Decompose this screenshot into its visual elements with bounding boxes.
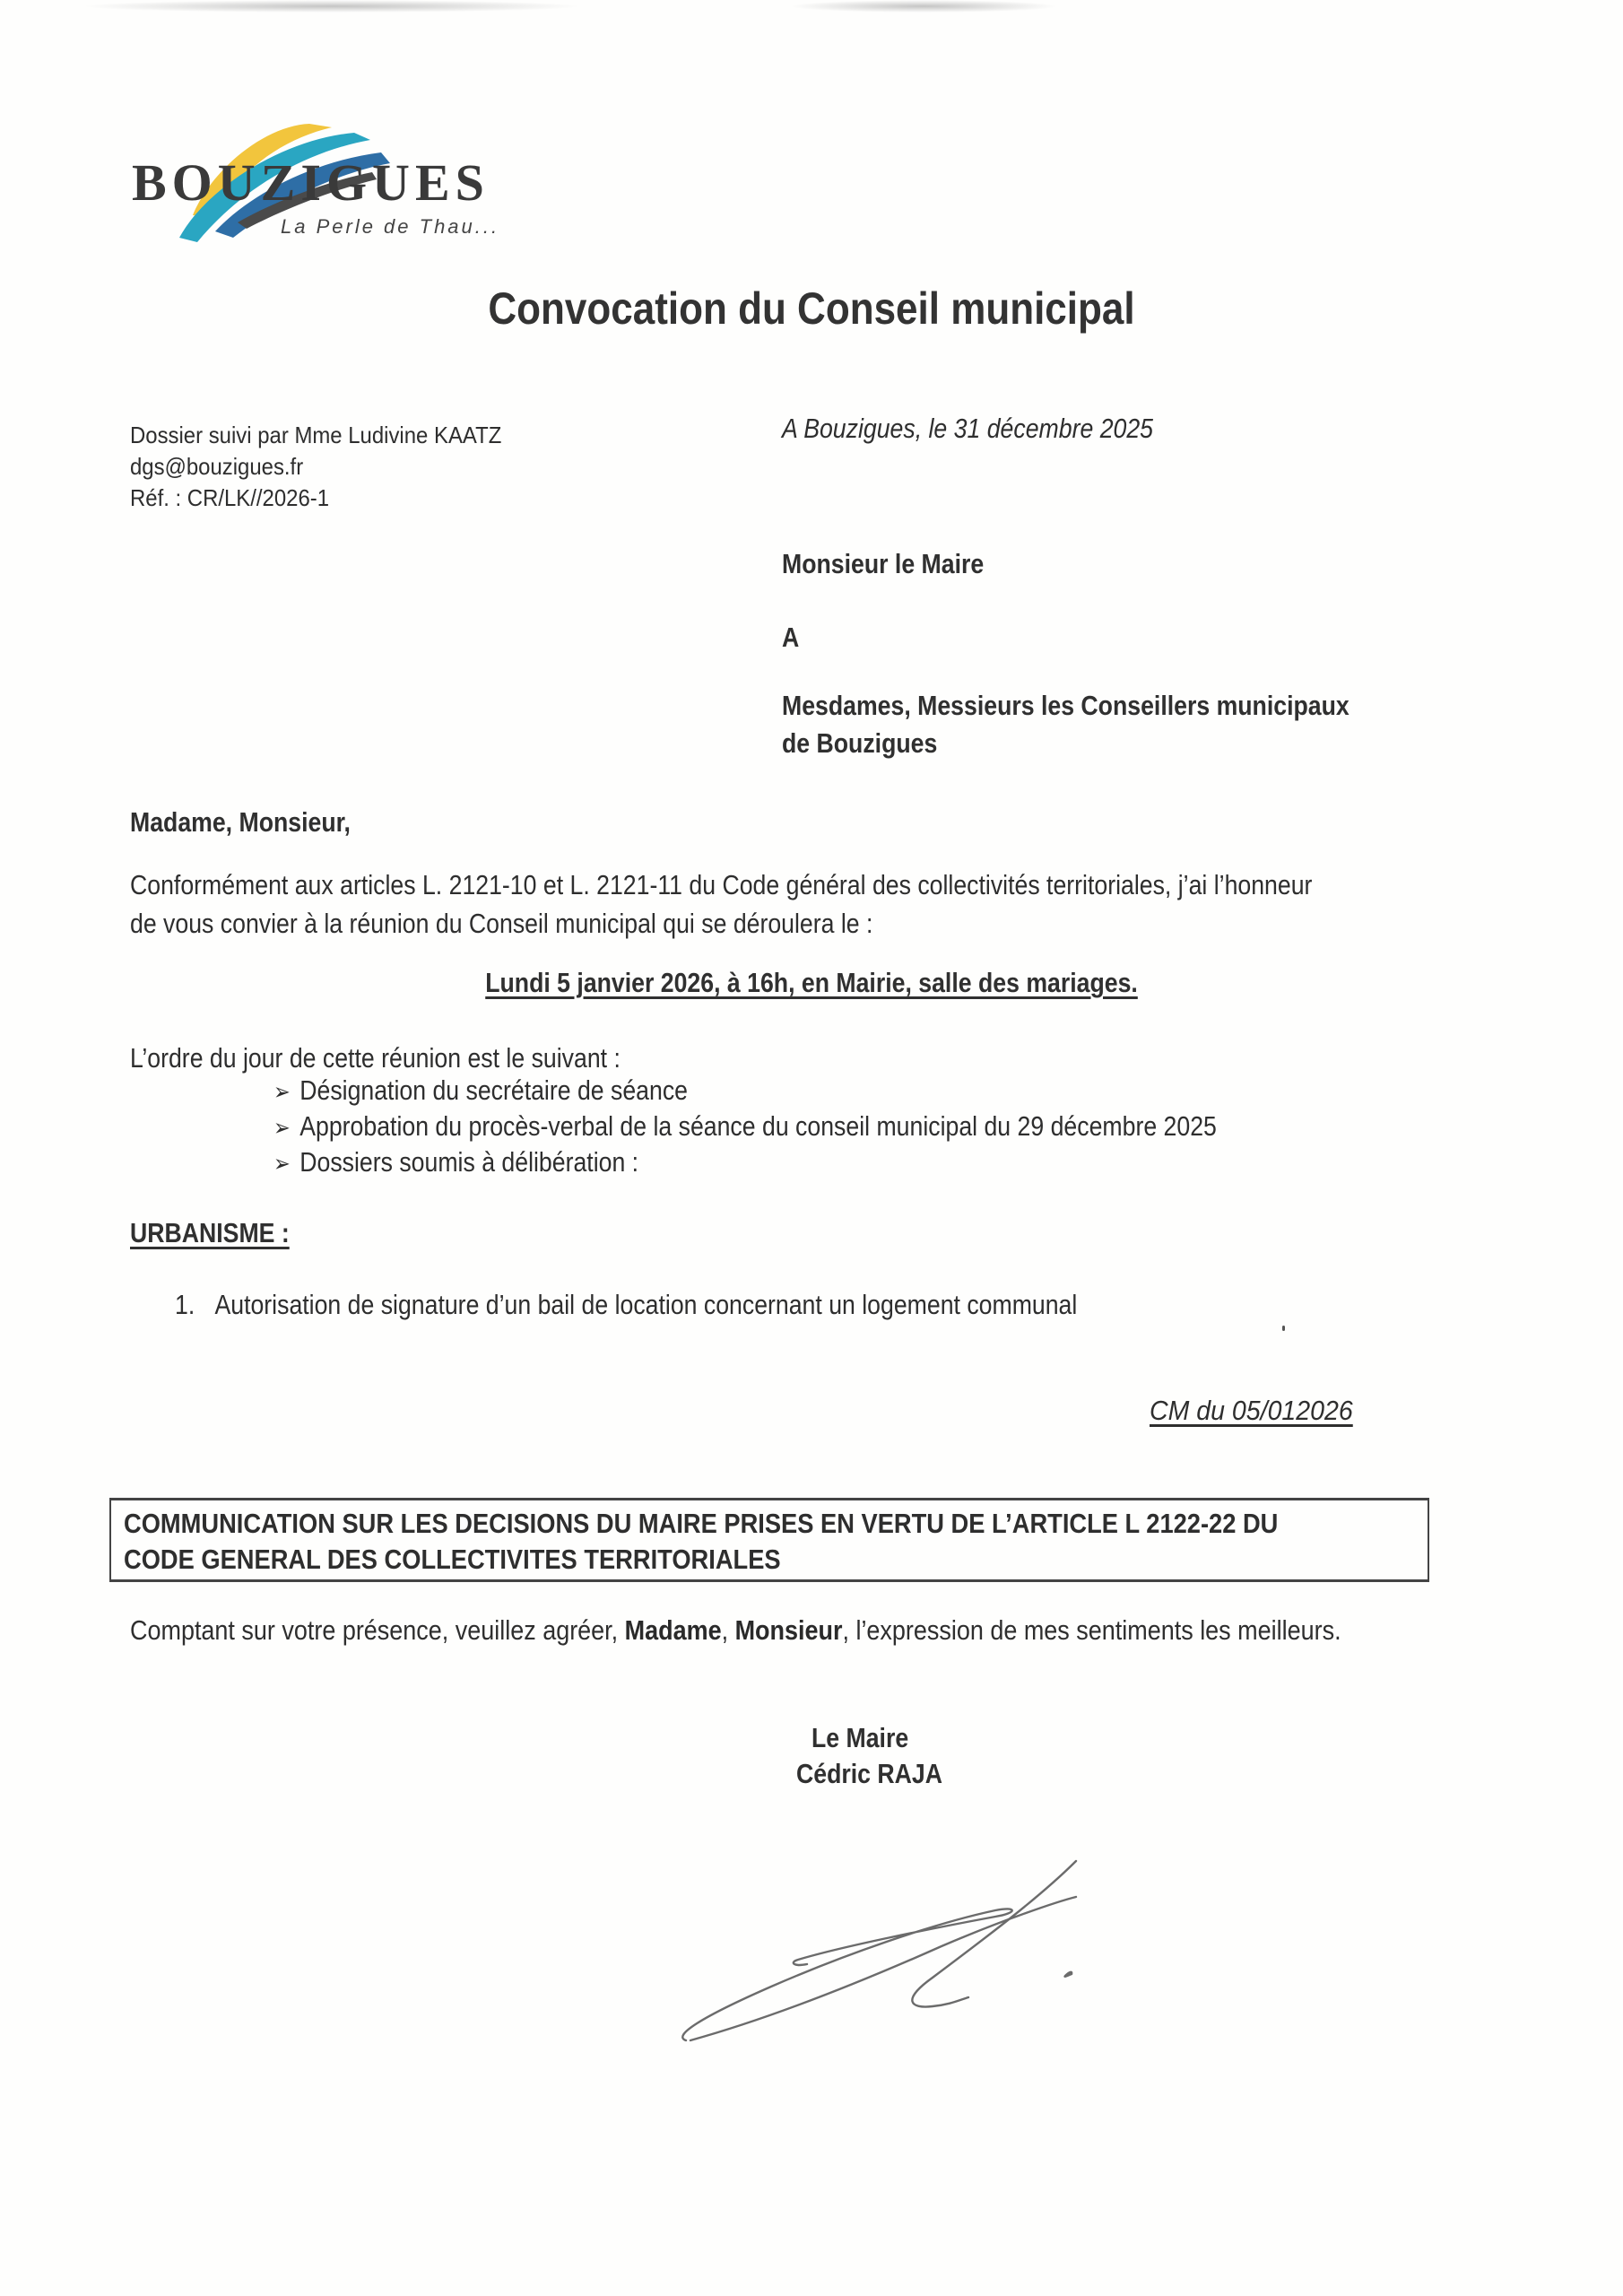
intro-paragraph: Conformément aux articles L. 2121-10 et … — [130, 865, 1441, 943]
closing-text-end: , l’expression de mes sentiments les mei… — [842, 1614, 1341, 1646]
communication-line-2: CODE GENERAL DES COLLECTIVITES TERRITORI… — [124, 1542, 1418, 1578]
section-heading-urbanisme: URBANISME : — [130, 1217, 290, 1249]
intro-line-1: Conformément aux articles L. 2121-10 et … — [130, 865, 1441, 904]
meeting-date-location: Lundi 5 janvier 2026, à 16h, en Mairie, … — [485, 967, 1138, 999]
handwritten-signature-icon — [664, 1780, 1148, 2067]
item-number: 1. — [175, 1289, 195, 1320]
bouzigues-logo: BOUZIGUES La Perle de Thau... — [130, 117, 507, 251]
agenda-item-text: Désignation du secrétaire de séance — [299, 1074, 688, 1106]
communication-line-1: COMMUNICATION SUR LES DECISIONS DU MAIRE… — [124, 1506, 1418, 1542]
logo-tagline: La Perle de Thau... — [281, 215, 499, 239]
deliberation-item: 1. Autorisation de signature d’un bail d… — [175, 1289, 1077, 1321]
closing-separator: , — [722, 1614, 735, 1646]
salutation: Madame, Monsieur, — [130, 804, 351, 841]
page-title: Convocation du Conseil municipal — [98, 283, 1526, 335]
logo-wordmark: BOUZIGUES — [132, 152, 490, 213]
agenda-item: ➢Dossiers soumis à délibération : — [273, 1146, 638, 1178]
arrow-bullet-icon: ➢ — [273, 1078, 299, 1106]
arrow-bullet-icon: ➢ — [273, 1150, 299, 1178]
intro-line-2: de vous convier à la réunion du Conseil … — [130, 904, 1441, 943]
dossier-followed-by: Dossier suivi par Mme Ludivine KAATZ — [130, 420, 501, 451]
reference-number: Réf. : CR/LK//2026-1 — [130, 483, 501, 514]
recipients-block: Mesdames, Messieurs les Conseillers muni… — [782, 687, 1350, 762]
to-word: A — [782, 619, 799, 657]
agenda-intro: L’ordre du jour de cette réunion est le … — [130, 1039, 621, 1077]
scan-shadow — [789, 0, 1058, 13]
sender-meta: Dossier suivi par Mme Ludivine KAATZ dgs… — [130, 420, 501, 514]
scan-speck — [1282, 1326, 1285, 1331]
place-date: A Bouzigues, le 31 décembre 2025 — [782, 413, 1153, 445]
scan-shadow — [81, 0, 583, 13]
closing-paragraph: Comptant sur votre présence, veuillez ag… — [130, 1610, 1418, 1651]
document-page: BOUZIGUES La Perle de Thau... Convocatio… — [0, 0, 1623, 2296]
session-reference: CM du 05/012026 — [1150, 1395, 1353, 1427]
agenda-item: ➢Désignation du secrétaire de séance — [273, 1074, 688, 1107]
communication-box: COMMUNICATION SUR LES DECISIONS DU MAIRE… — [109, 1498, 1429, 1582]
agenda-item-text: Approbation du procès-verbal de la séanc… — [299, 1110, 1217, 1142]
closing-bold-monsieur: Monsieur — [735, 1614, 843, 1646]
recipients-line-2: de Bouzigues — [782, 725, 1350, 762]
closing-text: Comptant sur votre présence, veuillez ag… — [130, 1614, 625, 1646]
communication-text: COMMUNICATION SUR LES DECISIONS DU MAIRE… — [124, 1506, 1418, 1578]
closing-bold-madame: Madame — [625, 1614, 722, 1646]
arrow-bullet-icon: ➢ — [273, 1114, 299, 1142]
agenda-item: ➢Approbation du procès-verbal de la séan… — [273, 1110, 1217, 1143]
item-text: Autorisation de signature d’un bail de l… — [214, 1289, 1077, 1320]
signatory-title: Le Maire — [811, 1722, 908, 1754]
sender-title: Monsieur le Maire — [782, 545, 984, 583]
agenda-item-text: Dossiers soumis à délibération : — [299, 1146, 638, 1178]
recipients-line-1: Mesdames, Messieurs les Conseillers muni… — [782, 687, 1350, 725]
contact-email: dgs@bouzigues.fr — [130, 451, 501, 483]
meeting-details: Lundi 5 janvier 2026, à 16h, en Mairie, … — [0, 967, 1623, 999]
